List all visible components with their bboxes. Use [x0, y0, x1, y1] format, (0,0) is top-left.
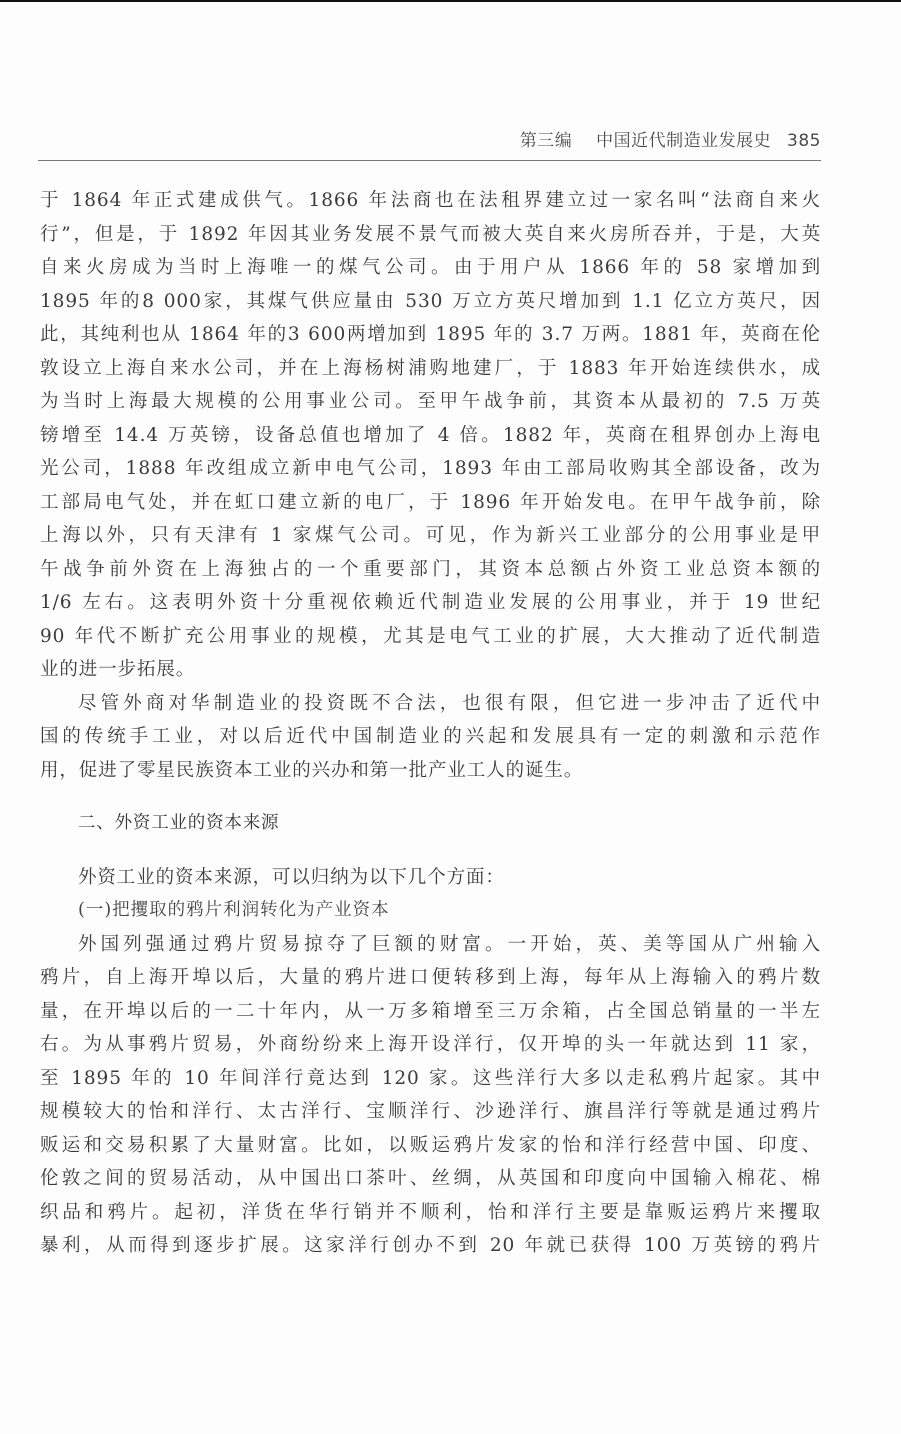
text-line: 伦敦之间的贸易活动，从中国出口茶叶、丝绸，从英国和印度向中国输入棉花、棉 — [40, 1162, 821, 1196]
text-line: 1895 年的8 000家，其煤气供应量由 530 万立方英尺增加到 1.1 亿… — [40, 285, 821, 319]
paragraph-impact: 尽管外商对华制造业的投资既不合法，也很有限，但它进一步冲击了近代中 国的传统手工… — [40, 687, 821, 788]
text-line: 国的传统手工业，对以后近代中国制造业的兴起和发展具有一定的刺激和示范作 — [40, 720, 821, 754]
section-heading: 二、外资工业的资本来源 — [40, 807, 821, 841]
text-line: 自来火房成为当时上海唯一的煤气公司。由于用户从 1866 年的 58 家增加到 — [40, 251, 821, 285]
scan-top-edge — [0, 0, 901, 2]
text-line: 织品和鸦片。起初，洋货在华行销并不顺利，怡和洋行主要是靠贩运鸦片来攫取 — [40, 1196, 821, 1230]
text-line: 暴利，从而得到逐步扩展。这家洋行创办不到 20 年就已获得 100 万英镑的鸦片 — [40, 1229, 821, 1263]
spacer — [40, 787, 821, 807]
text-line: 尽管外商对华制造业的投资既不合法，也很有限，但它进一步冲击了近代中 — [40, 687, 821, 721]
running-header: 第三编 中国近代制造业发展史 385 — [38, 126, 821, 151]
text-line: 规模较大的怡和洋行、太古洋行、宝顺洋行、沙逊洋行、旗昌洋行等就是通过鸦片 — [40, 1095, 821, 1129]
text-line: 贩运和交易积累了大量财富。比如，以贩运鸦片发家的怡和洋行经营中国、印度、 — [40, 1129, 821, 1163]
text-line: 行”，但是，于 1892 年因其业务发展不景气而被大英自来火房所吞并，于是，大英 — [40, 218, 821, 252]
header-part: 第三编 — [520, 131, 573, 151]
text-line: 为当时上海最大规模的公用事业公司。至甲午战争前，其资本从最初的 7.5 万英 — [40, 385, 821, 419]
spacer — [40, 841, 821, 861]
text-line: 90 年代不断扩充公用事业的规模，尤其是电气工业的扩展，大大推动了近代制造 — [40, 620, 821, 654]
text-line: 此，其纯利也从 1864 年的3 600两增加到 1895 年的 3.7 万两。… — [40, 318, 821, 352]
page-number: 385 — [787, 131, 821, 151]
text-line: 外国列强通过鸦片贸易掠夺了巨额的财富。一开始，英、美等国从广州输入 — [40, 928, 821, 962]
text-line: 右。为从事鸦片贸易，外商纷纷来上海开设洋行，仅开埠的头一年就达到 11 家， — [40, 1028, 821, 1062]
text-line: 业的进一步拓展。 — [40, 653, 821, 687]
page-body: 于 1864 年正式建成供气。1866 年法商也在法租界建立过一家名叫“法商自来… — [40, 184, 821, 1263]
subsection-heading: (一)把攫取的鸦片利润转化为产业资本 — [40, 894, 821, 928]
header-rule — [38, 160, 821, 161]
section-intro: 外资工业的资本来源，可以归纳为以下几个方面： — [40, 861, 821, 895]
text-line: 光公司，1888 年改组成立新申电气公司，1893 年由工部局收购其全部设备，改… — [40, 452, 821, 486]
paragraph-public-utilities: 于 1864 年正式建成供气。1866 年法商也在法租界建立过一家名叫“法商自来… — [40, 184, 821, 687]
text-line: 量，在开埠以后的一二十年内，从一万多箱增至三万余箱，占全国总销量的一半左 — [40, 995, 821, 1029]
text-line: 鸦片，自上海开埠以后，大量的鸦片进口便转移到上海，每年从上海输入的鸦片数 — [40, 961, 821, 995]
text-line: 敦设立上海自来水公司，并在上海杨树浦购地建厂，于 1883 年开始连续供水，成 — [40, 352, 821, 386]
paragraph-opium-trade: 外国列强通过鸦片贸易掠夺了巨额的财富。一开始，英、美等国从广州输入 鸦片，自上海… — [40, 928, 821, 1263]
text-line: 上海以外，只有天津有 1 家煤气公司。可见，作为新兴工业部分的公用事业是甲 — [40, 519, 821, 553]
text-line: 镑增至 14.4 万英镑，设备总值也增加了 4 倍。1882 年，英商在租界创办… — [40, 419, 821, 453]
header-title: 中国近代制造业发展史 — [596, 131, 771, 151]
text-line: 于 1864 年正式建成供气。1866 年法商也在法租界建立过一家名叫“法商自来… — [40, 184, 821, 218]
text-line: 至 1895 年的 10 年间洋行竟达到 120 家。这些洋行大多以走私鸦片起家… — [40, 1062, 821, 1096]
text-line: 用，促进了零星民族资本工业的兴办和第一批产业工人的诞生。 — [40, 754, 821, 788]
text-line: 1/6 左右。这表明外资十分重视依赖近代制造业发展的公用事业，并于 19 世纪 — [40, 586, 821, 620]
text-line: 工部局电气处，并在虹口建立新的电厂，于 1896 年开始发电。在甲午战争前，除 — [40, 486, 821, 520]
text-line: 午战争前外资在上海独占的一个重要部门，其资本总额占外资工业总资本额的 — [40, 553, 821, 587]
